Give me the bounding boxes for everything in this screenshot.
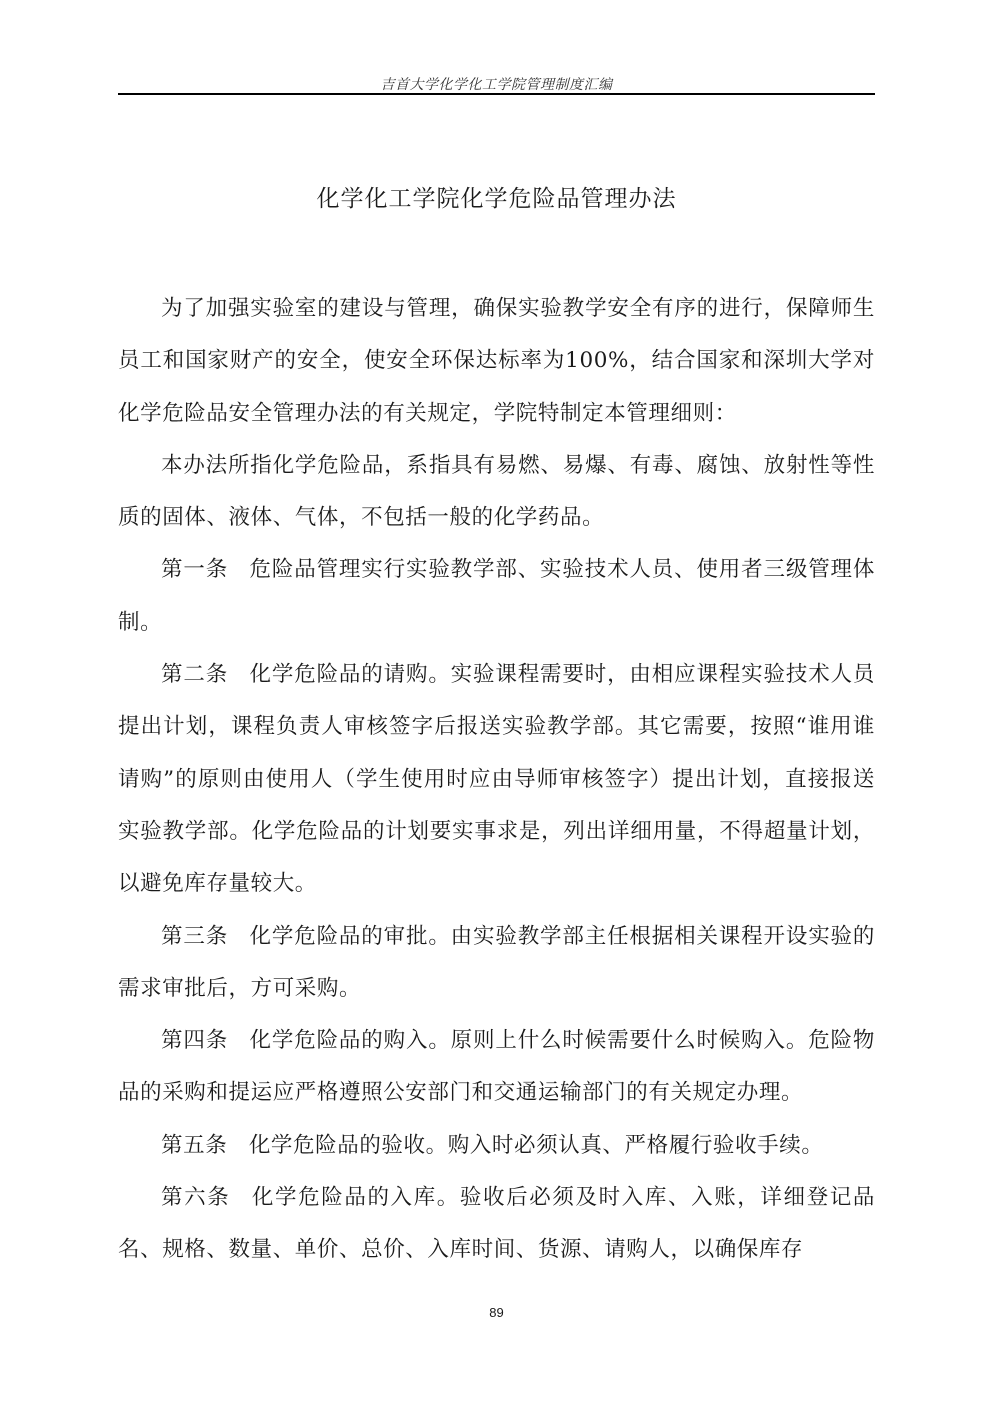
article-number: 第二条	[161, 662, 228, 687]
article-1: 第一条危险品管理实行实验教学部、实验技术人员、使用者三级管理体制。	[118, 544, 875, 649]
article-number: 第六条	[161, 1185, 230, 1210]
intro-paragraph: 为了加强实验室的建设与管理，确保实验教学安全有序的进行，保障师生员工和国家财产的…	[118, 283, 875, 440]
article-text: 化学危险品的验收。购入时必须认真、严格履行验收手续。	[249, 1133, 824, 1158]
article-2: 第二条化学危险品的请购。实验课程需要时，由相应课程实验技术人员提出计划，课程负责…	[118, 649, 875, 910]
article-text: 化学危险品的请购。实验课程需要时，由相应课程实验技术人员提出计划，课程负责人审核…	[118, 662, 875, 896]
article-text: 化学危险品的入库。验收后必须及时入库、入账，详细登记品名、规格、数量、单价、总价…	[118, 1185, 875, 1262]
definition-paragraph: 本办法所指化学危险品，系指具有易燃、易爆、有毒、腐蚀、放射性等性质的固体、液体、…	[118, 440, 875, 545]
header-rule	[118, 93, 875, 95]
article-6: 第六条化学危险品的入库。验收后必须及时入库、入账，详细登记品名、规格、数量、单价…	[118, 1172, 875, 1277]
article-5: 第五条化学危险品的验收。购入时必须认真、严格履行验收手续。	[118, 1120, 875, 1172]
article-text: 化学危险品的购入。原则上什么时候需要什么时候购入。危险物品的采购和提运应严格遵照…	[118, 1028, 875, 1105]
article-number: 第三条	[161, 924, 228, 949]
article-3: 第三条化学危险品的审批。由实验教学部主任根据相关课程开设实验的需求审批后，方可采…	[118, 911, 875, 1016]
article-number: 第一条	[161, 557, 228, 582]
article-number: 第五条	[161, 1133, 227, 1158]
running-header: 吉首大学化学化工学院管理制度汇编	[118, 74, 875, 94]
article-text: 危险品管理实行实验教学部、实验技术人员、使用者三级管理体制。	[118, 557, 875, 634]
document-body: 为了加强实验室的建设与管理，确保实验教学安全有序的进行，保障师生员工和国家财产的…	[118, 283, 875, 1277]
article-number: 第四条	[161, 1028, 228, 1053]
document-title: 化学化工学院化学危险品管理办法	[118, 180, 875, 213]
article-text: 化学危险品的审批。由实验教学部主任根据相关课程开设实验的需求审批后，方可采购。	[118, 924, 875, 1001]
page-number: 89	[118, 1305, 875, 1320]
article-4: 第四条化学危险品的购入。原则上什么时候需要什么时候购入。危险物品的采购和提运应严…	[118, 1015, 875, 1120]
